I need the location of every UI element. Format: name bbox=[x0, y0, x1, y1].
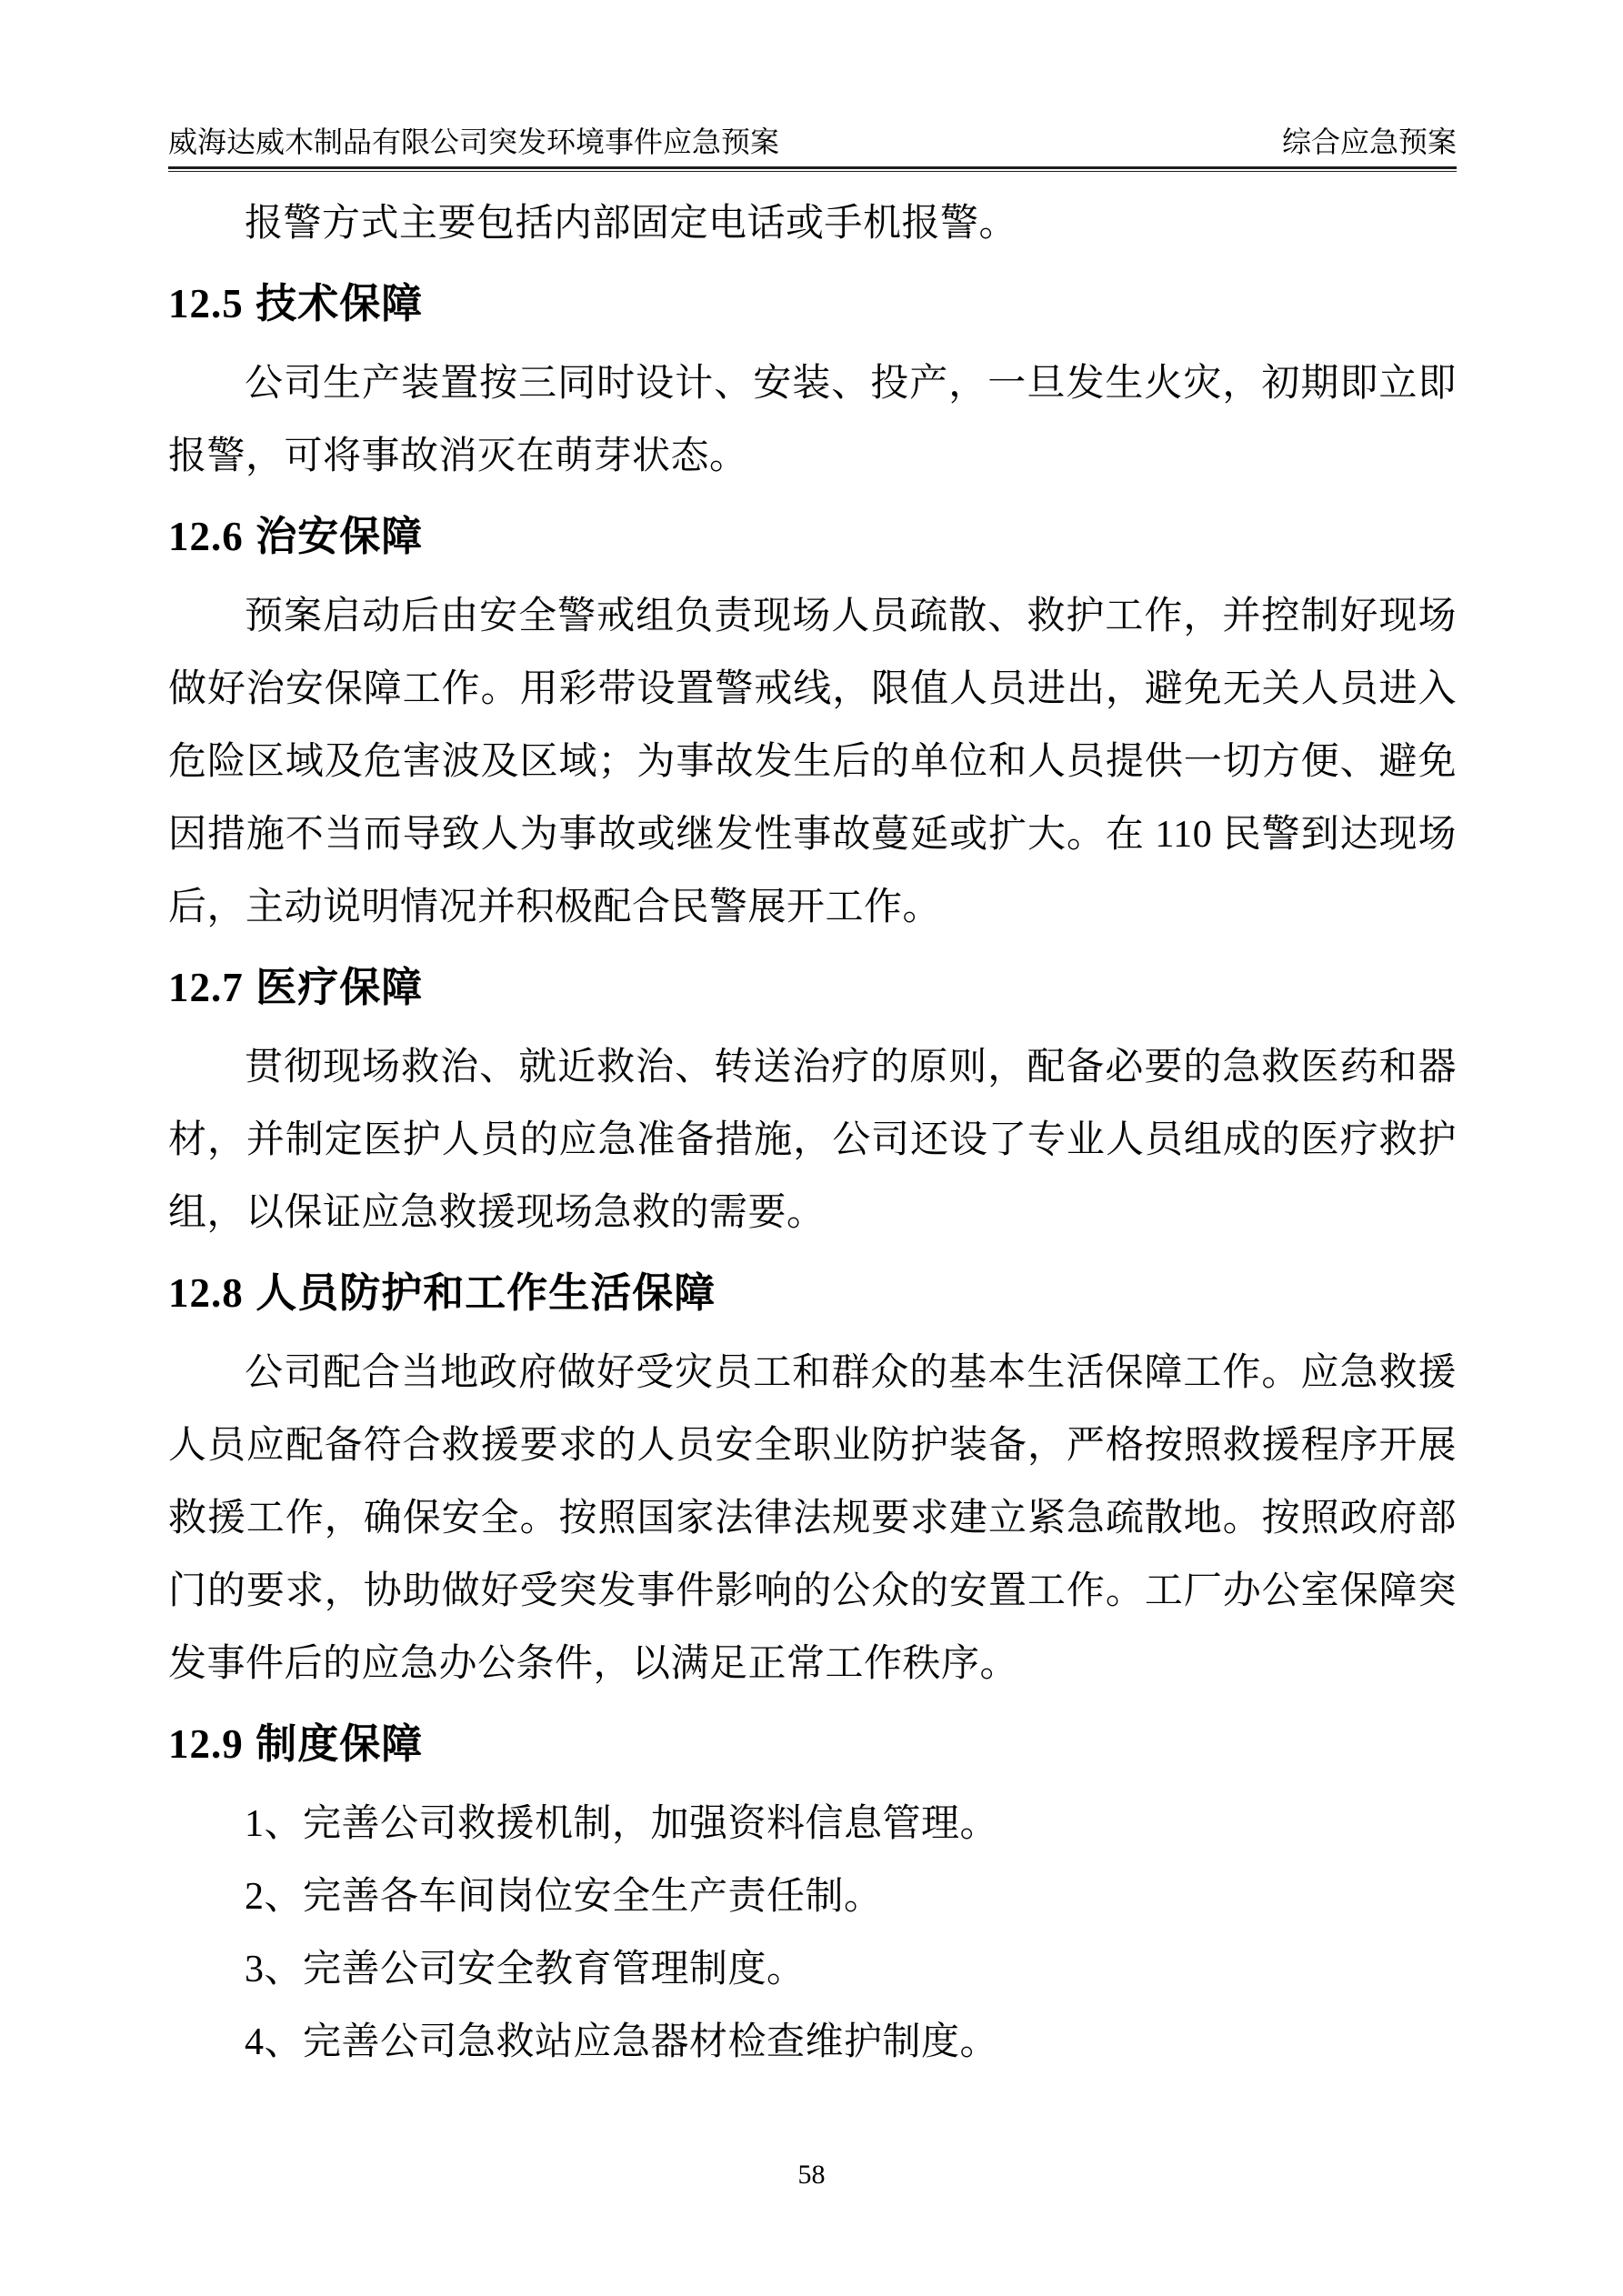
list-item: 3、完善公司安全教育管理制度。 bbox=[168, 1933, 1457, 2006]
document-page: 威海达威木制品有限公司突发环境事件应急预案 综合应急预案 报警方式主要包括内部固… bbox=[0, 0, 1623, 2296]
page-footer: 58 bbox=[0, 2159, 1623, 2191]
document-body: 报警方式主要包括内部固定电话或手机报警。 12.5技术保障 公司生产装置按三同时… bbox=[168, 174, 1457, 2079]
list-item: 2、完善各车间岗位安全生产责任制。 bbox=[168, 1860, 1457, 1933]
paragraph: 贯彻现场救治、就近救治、转送治疗的原则，配备必要的急救医药和器材，并制定医护人员… bbox=[168, 1031, 1457, 1249]
list-item: 4、完善公司急救站应急器材检查维护制度。 bbox=[168, 2006, 1457, 2079]
section-heading-12-9: 12.9制度保障 bbox=[168, 1717, 1457, 1771]
section-title: 人员防护和工作生活保障 bbox=[255, 1270, 716, 1316]
page-number: 58 bbox=[798, 2160, 826, 2190]
paragraph: 公司生产装置按三同时设计、安装、投产，一旦发生火灾，初期即立即报警，可将事故消灭… bbox=[168, 347, 1457, 493]
section-number: 12.9 bbox=[168, 1721, 244, 1767]
section-title: 治安保障 bbox=[255, 514, 423, 559]
header-right-title: 综合应急预案 bbox=[1282, 124, 1457, 160]
paragraph: 预案启动后由安全警戒组负责现场人员疏散、救护工作，并控制好现场做好治安保障工作。… bbox=[168, 580, 1457, 944]
section-number: 12.7 bbox=[168, 965, 244, 1010]
section-title: 制度保障 bbox=[255, 1721, 423, 1767]
section-title: 医疗保障 bbox=[255, 965, 423, 1010]
section-heading-12-6: 12.6治安保障 bbox=[168, 509, 1457, 564]
section-number: 12.6 bbox=[168, 514, 244, 559]
header-divider bbox=[168, 166, 1457, 172]
paragraph: 公司配合当地政府做好受灾员工和群众的基本生活保障工作。应急救援人员应配备符合救援… bbox=[168, 1337, 1457, 1700]
header-left-title: 威海达威木制品有限公司突发环境事件应急预案 bbox=[168, 124, 779, 160]
section-heading-12-5: 12.5技术保障 bbox=[168, 276, 1457, 331]
section-number: 12.5 bbox=[168, 281, 244, 326]
page-header: 威海达威木制品有限公司突发环境事件应急预案 综合应急预案 bbox=[168, 124, 1457, 172]
section-heading-12-8: 12.8人员防护和工作生活保障 bbox=[168, 1266, 1457, 1320]
section-title: 技术保障 bbox=[255, 281, 423, 326]
section-number: 12.8 bbox=[168, 1270, 244, 1316]
list-item: 1、完善公司救援机制，加强资料信息管理。 bbox=[168, 1788, 1457, 1860]
section-heading-12-7: 12.7医疗保障 bbox=[168, 960, 1457, 1015]
page-header-row: 威海达威木制品有限公司突发环境事件应急预案 综合应急预案 bbox=[168, 124, 1457, 160]
intro-paragraph: 报警方式主要包括内部固定电话或手机报警。 bbox=[168, 187, 1457, 260]
